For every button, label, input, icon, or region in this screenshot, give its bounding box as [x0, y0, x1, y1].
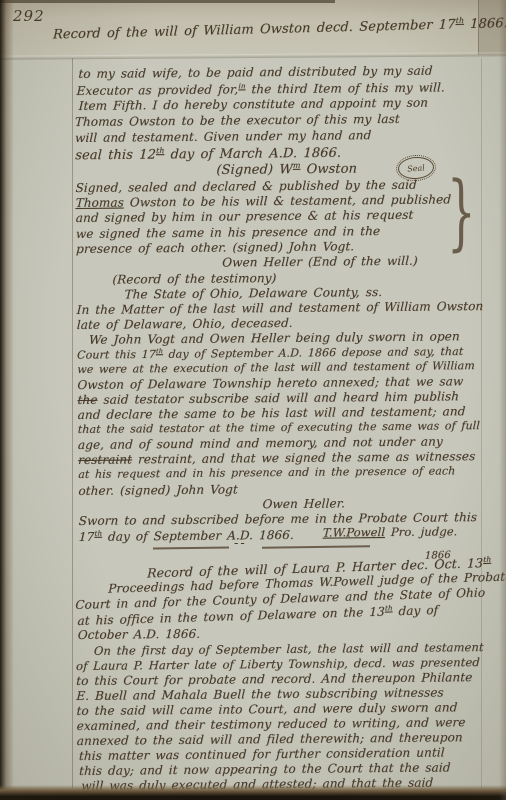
- manuscript-line: to my said wife, to be paid and distribu…: [78, 64, 433, 81]
- right-page-edge: [499, 0, 506, 800]
- manuscript-line: will and testament. Given under my hand …: [75, 128, 372, 145]
- manuscript-line: Thomas Owston to be the executor of this…: [75, 112, 400, 129]
- manuscript-line: (Record of the testimony): [112, 271, 277, 287]
- manuscript-line: other. (signed) John Vogt: [78, 482, 238, 498]
- manuscript-line: that the said testator at the time of ex…: [78, 419, 481, 436]
- manuscript-line: 17th day of September A.D. 1866.: [79, 527, 295, 544]
- manuscript-line: (Signed) Wm Owston: [216, 160, 357, 178]
- manuscript-line: Owen Heller.: [262, 496, 345, 511]
- manuscript-line: October A.D. 1866.: [77, 627, 200, 642]
- record-heading: Record of the will of William Owston dec…: [53, 15, 506, 43]
- manuscript-line: late of Delaware, Ohio, deceased.: [77, 316, 293, 332]
- manuscript-line: Item Fifth. I do hereby constitute and a…: [78, 96, 428, 113]
- divider-dash: --: [234, 536, 247, 551]
- manuscript-line: and signed by him in our presence & at h…: [75, 208, 413, 225]
- manuscript-lines: Record of the will of William Owston dec…: [0, 0, 506, 800]
- manuscript-line: we signed the same in his presence and i…: [76, 224, 381, 241]
- manuscript-line: we were at the execution of the last wil…: [77, 359, 475, 376]
- manuscript-line: T.W.Powell Pro. judge.: [323, 524, 458, 539]
- manuscript-line: The State of Ohio, Delaware County, ss.: [124, 285, 382, 301]
- manuscript-line: at his request and in his presence and i…: [78, 464, 456, 481]
- left-binding-edge: [0, 0, 14, 800]
- attestation-brace: }: [447, 172, 476, 254]
- manuscript-line: presence of each other. (signed) John Vo…: [76, 239, 355, 256]
- bottom-page-edge: [0, 785, 506, 800]
- manuscript-line: In the Matter of the last will and testa…: [76, 299, 483, 317]
- manuscript-line: Owen Heller (End of the will.): [222, 254, 418, 270]
- manuscript-line: 1866: [425, 550, 451, 562]
- scanned-will-record-page: 292 Record of the will of William Owston…: [0, 0, 506, 800]
